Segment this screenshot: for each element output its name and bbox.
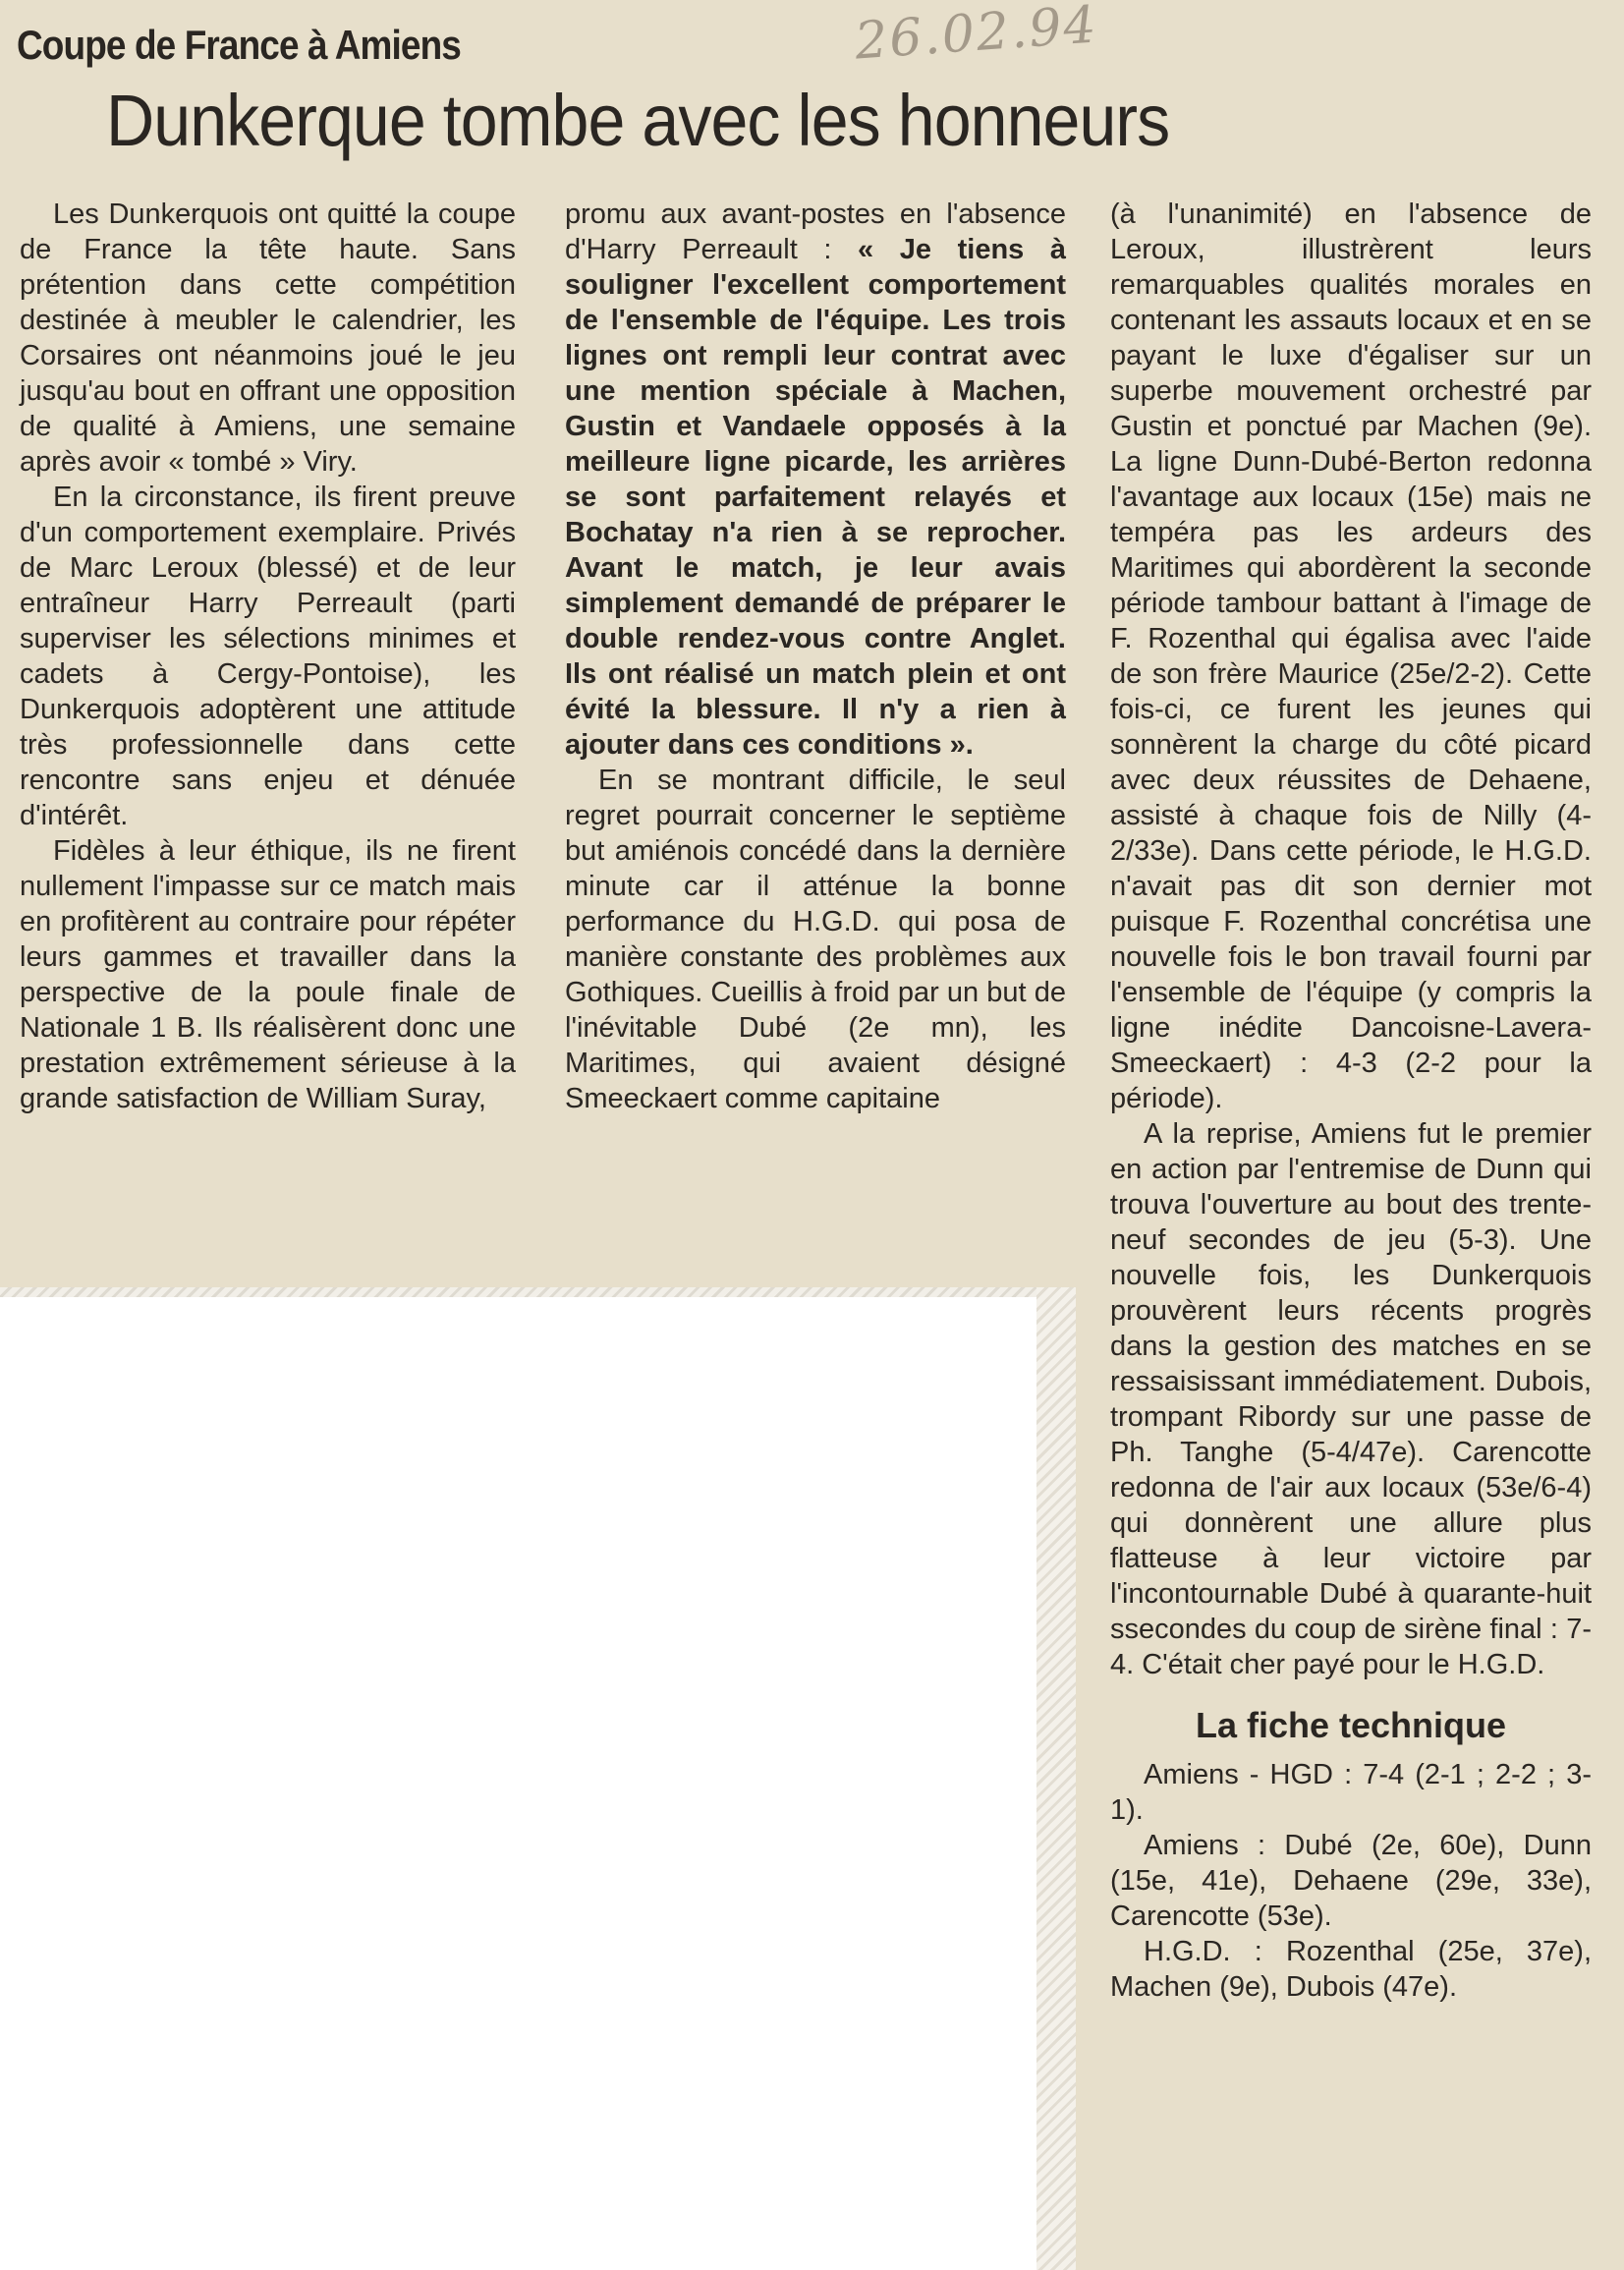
fiche-hgd-scorers: H.G.D. : Rozenthal (25e, 37e), Machen (9… — [1110, 1934, 1592, 2005]
paragraph: En la circonstance, ils firent preuve d'… — [20, 480, 516, 833]
scan-shadow-left — [1036, 1287, 1076, 2270]
fiche-amiens-scorers: Amiens : Dubé (2e, 60e), Dunn (15e, 41e)… — [1110, 1828, 1592, 1934]
paragraph: Les Dunkerquois ont quitté la coupe de F… — [20, 197, 516, 480]
fiche-score: Amiens - HGD : 7-4 (2-1 ; 2-2 ; 3-1). — [1110, 1757, 1592, 1828]
paragraph: En se montrant difficile, le seul regret… — [565, 763, 1066, 1116]
article-headline: Dunkerque tombe avec les honneurs — [106, 79, 1169, 162]
article-column-1: Les Dunkerquois ont quitté la coupe de F… — [20, 197, 516, 1116]
scan-shadow-bottom — [0, 1287, 1036, 1297]
paragraph: A la reprise, Amiens fut le premier en a… — [1110, 1116, 1592, 1682]
paragraph: (à l'unanimité) en l'absence de Leroux, … — [1110, 197, 1592, 1116]
paragraph-intro: promu aux avant-postes en l'absence d'Ha… — [565, 197, 1066, 763]
article-kicker: Coupe de France à Amiens — [17, 22, 461, 69]
paragraph: Fidèles à leur éthique, ils ne firent nu… — [20, 833, 516, 1116]
fiche-technique-title: La fiche technique — [1110, 1708, 1592, 1743]
quote-coach: « Je tiens à souligner l'excellent compo… — [565, 234, 1066, 761]
article-column-2: promu aux avant-postes en l'absence d'Ha… — [565, 197, 1066, 1116]
article-column-3: (à l'unanimité) en l'absence de Leroux, … — [1110, 197, 1592, 2005]
